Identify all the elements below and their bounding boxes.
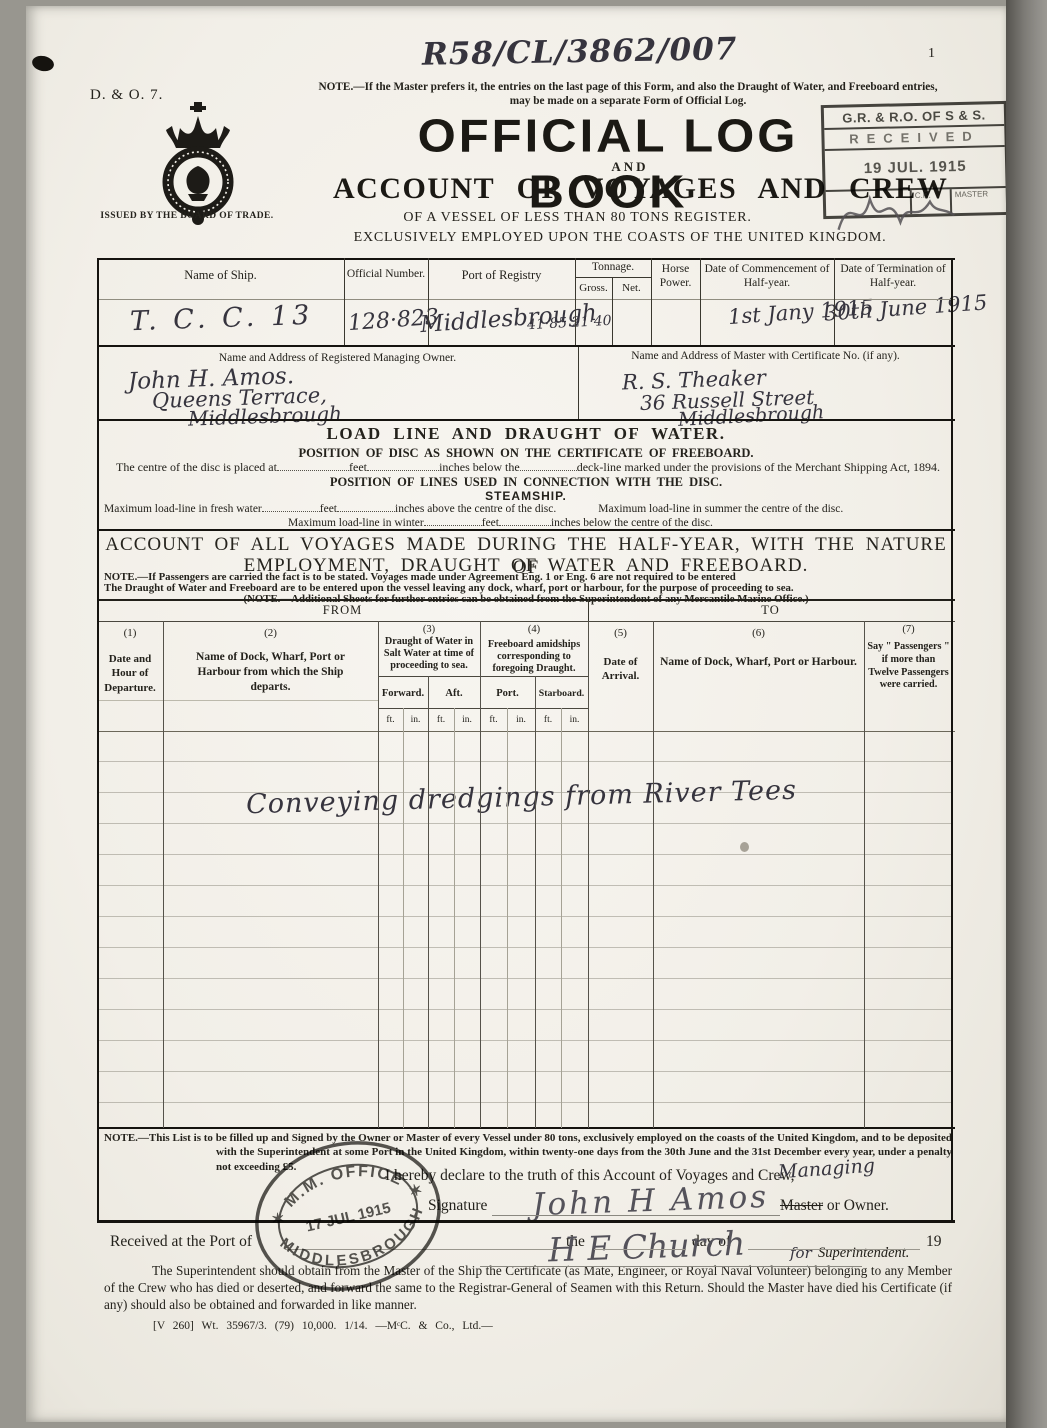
load-line-line2: Maximum load-line in fresh water feet in… [104,502,949,517]
col5-label: Date of Arrival. [590,655,651,684]
rule-line [834,258,835,345]
master-or-owner-label: Master or Owner. [780,1197,889,1216]
subtitle-vessel: OF A VESSEL OF LESS THAN 80 TONS REGISTE… [350,210,805,227]
col2-label: Name of Dock, Wharf, Port or Harbour fro… [180,650,361,695]
rule-line [492,1215,780,1216]
superintendent-label: Superintendent. [818,1245,909,1262]
owner-label: Name and Address of Registered Managing … [97,352,578,366]
rule-line [97,258,955,260]
load-line-line1: The centre of the disc is placed at feet… [116,460,940,474]
load-line-line1-text-c: inches below the [439,460,520,474]
or-owner-text: or Owner. [823,1197,889,1214]
rule-line [97,419,955,421]
rule-line [480,621,481,1128]
col-date-termination: Date of Termination of Half-year. [836,263,950,291]
master-label: Name and Address of Master with Certific… [578,350,953,364]
rule-line [378,676,588,677]
rule-line [344,258,345,345]
col6-number: (6) [653,627,864,640]
rule-line [97,599,955,601]
rule-line [653,621,654,1128]
load-line-line2-text-a: Maximum load-line in fresh water [104,503,262,517]
ftin-6: ft. [535,715,561,726]
rule-line [97,1127,955,1129]
rule-line [588,599,589,621]
ftin-5: in. [507,715,535,726]
col-date-commencement: Date of Commencement of Half-year. [702,263,832,291]
load-line-heading: LOAD LINE AND DRAUGHT OF WATER. [97,424,955,444]
rule-line [97,258,99,1222]
col-official-number: Official Number. [344,268,428,282]
rule-line [428,258,429,345]
ftin-1: in. [403,715,428,726]
rule-line [378,708,588,709]
rule-line [97,529,955,531]
for-mark-handwritten: for [790,1244,812,1262]
col4-port-label: Port. [480,688,535,701]
entry-ship-name: T. C. C. 13 [130,300,314,337]
scanned-official-log-book-page: R58/CL/3862/007 1 D. & O. 7. ISSUED BY T… [0,0,1047,1428]
col4-label: Freeboard amidships corresponding to for… [482,639,586,675]
rule-line [700,258,701,345]
scan-edge-shadow [1006,0,1047,1428]
rule-line [97,345,955,347]
rule-line [403,708,404,1128]
rule-line [588,621,589,1128]
issued-by-label: ISSUED BY THE BOARD OF TRADE. [92,211,282,222]
rule-line [575,258,576,345]
rule-line [612,277,613,345]
year-19-label: 19 [926,1233,942,1252]
received-at-label: Received at the Port of [110,1233,252,1252]
load-line-line1-text-a: The centre of the disc is placed at [116,460,277,474]
col2-number: (2) [163,627,378,640]
form-code: D. & O. 7. [90,86,163,104]
rule-line [578,347,579,419]
rule-line [97,299,955,300]
ftin-7: in. [561,715,588,726]
col-horse-power: Horse Power. [651,263,700,291]
rule-line [951,258,953,1222]
ftin-0: ft. [378,715,403,726]
col-tonnage-net: Net. [612,282,651,295]
ftin-3: in. [454,715,480,726]
received-stamp: G.R. & R.O. OF S & S. RECEIVED 19 JUL. 1… [821,101,1010,219]
page-number: 1 [928,46,935,63]
rule-line [454,708,455,1128]
rule-line [864,621,865,1128]
col6-label: Name of Dock, Wharf, Port or Harbour. [660,655,857,670]
rule-line [748,1249,920,1250]
from-band-label: FROM [97,603,588,618]
col5-number: (5) [588,627,653,640]
superintendent-note: The Superintendent should obtain from th… [104,1263,952,1314]
handwritten-initials [829,179,960,246]
rule-line [561,708,562,1128]
rule-line [97,1220,955,1223]
load-line-sub2: POSITION OF LINES USED IN CONNECTION WIT… [97,475,955,490]
oval-stamp-date: 17 JUL 1915 [304,1199,392,1235]
rule-line [97,731,955,732]
col4-number: (4) [480,624,588,637]
col1-label: Date and Hour of Departure. [99,652,161,695]
col-name-of-ship: Name of Ship. [97,268,344,283]
col7-label: Say " Passengers " if more than Twelve P… [866,641,951,692]
ftin-2: ft. [428,715,454,726]
rule-line [428,676,429,1128]
load-line-line1-text-b: feet [349,460,367,474]
rule-line [163,621,164,1128]
col-port-of-registry: Port of Registry [428,268,575,283]
col3-number: (3) [378,624,480,637]
load-line-line1-text-d: deck-line marked under the provisions of… [577,460,940,474]
rule-line [378,621,379,1128]
load-line-sub1: POSITION OF DISC AS SHOWN ON THE CERTIFI… [97,446,955,461]
col7-number: (7) [864,624,953,637]
master-word-struck: Master [780,1197,823,1214]
ref-number-handwritten: R58/CL/3862/007 [422,31,738,72]
col3-label: Draught of Water in Salt Water at time o… [380,636,478,672]
ftin-4: ft. [480,715,507,726]
col3-aft-label: Aft. [428,688,480,701]
col-tonnage: Tonnage. [575,261,651,275]
rule-line [507,708,508,1128]
rule-line [97,700,378,701]
rule-line [594,1249,686,1250]
col1-number: (1) [97,627,163,640]
rule-line [480,1266,862,1267]
rule-line [97,621,955,622]
printer-imprint: [V 260] Wt. 35967/3. (79) 10,000. 1/14. … [153,1320,493,1334]
rule-line [651,258,652,345]
to-band-label: TO [588,603,953,618]
col4-starboard-label: Starboard. [535,688,588,700]
rule-line [575,277,651,278]
col3-forward-label: Forward. [378,688,428,701]
rule-line [535,676,536,1128]
col-tonnage-gross: Gross. [575,282,612,295]
